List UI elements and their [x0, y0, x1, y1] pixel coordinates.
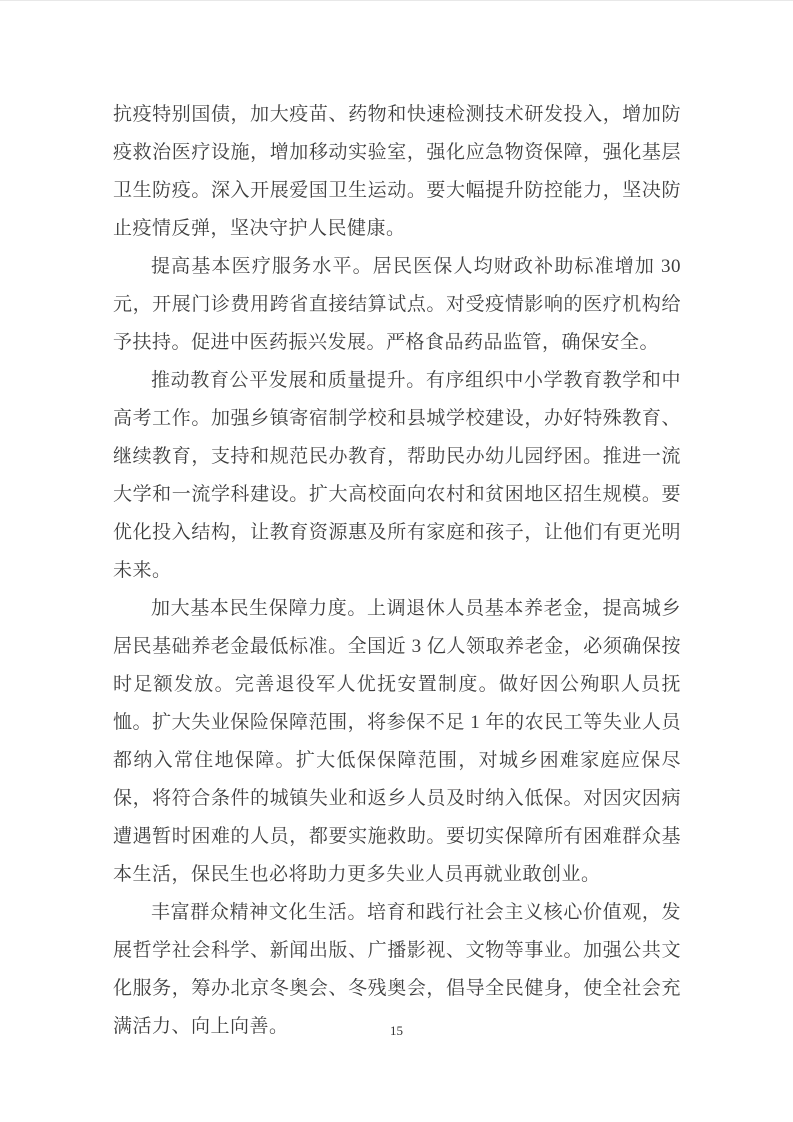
page-number: 15	[0, 1023, 793, 1039]
paragraph-basic-livelihood-security: 加大基本民生保障力度。上调退休人员基本养老金，提高城乡居民基础养老金最低标准。全…	[113, 590, 681, 894]
document-page: 抗疫特别国债，加大疫苗、药物和快速检测技术研发投入，增加防疫救治医疗设施，增加移…	[0, 0, 793, 1122]
document-body: 抗疫特别国债，加大疫苗、药物和快速检测技术研发投入，增加防疫救治医疗设施，增加移…	[113, 96, 681, 1046]
paragraph-epidemic-control-continuation: 抗疫特别国债，加大疫苗、药物和快速检测技术研发投入，增加防疫救治医疗设施，增加移…	[113, 96, 681, 248]
paragraph-basic-medical-services: 提高基本医疗服务水平。居民医保人均财政补助标准增加 30 元，开展门诊费用跨省直…	[113, 248, 681, 362]
paragraph-education-equity: 推动教育公平发展和质量提升。有序组织中小学教育教学和中高考工作。加强乡镇寄宿制学…	[113, 362, 681, 590]
